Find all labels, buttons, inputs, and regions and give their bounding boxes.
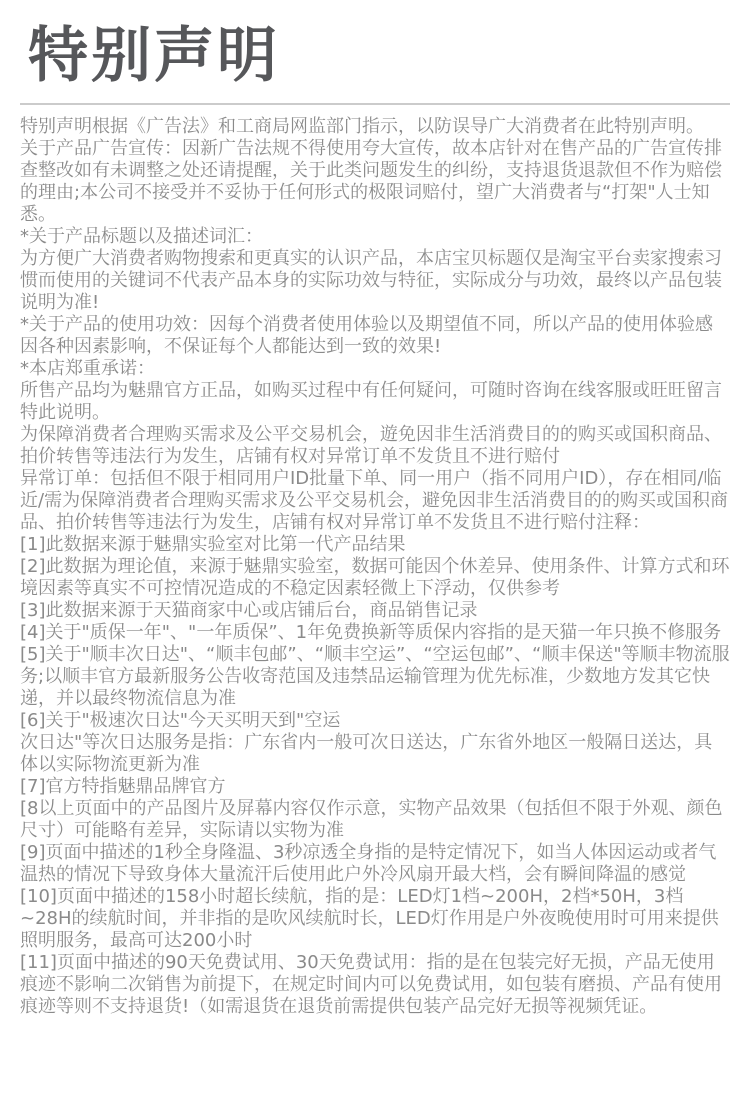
statement-paragraph: [4]关于"质保一年"、"一年质保”、1年免费换新等质保内容指的是天猫一年只换不…	[20, 622, 730, 644]
statement-paragraph: 所售产品均为魅鼎官方正品，如购买过程中有任何疑问，可随时咨询在线客服或旺旺留言特…	[20, 380, 730, 424]
statement-paragraph: *关于产品标题以及描述词汇：	[20, 226, 730, 248]
statement-paragraph: 关于产品广告宣传：因新广告法规不得使用夸大宣传，故本店针对在售产品的广告宣传排查…	[20, 138, 730, 226]
statement-paragraph: [3]此数据来源于天猫商家中心或店铺后台，商品销售记录	[20, 600, 730, 622]
statement-paragraph: [11]页面中描述的90天免费试用、30天免费试用：指的是在包装完好无损，产品无…	[20, 952, 730, 1018]
statement-paragraph: 为保障消费者合理购买需求及公平交易机会，遊免因非生活消费目的的购买或国积商品、拍…	[20, 424, 730, 468]
statement-paragraph: [8以上页面中的产品图片及屏幕内容仅作示意，实物产品效果（包括但不限于外观、颜色…	[20, 798, 730, 842]
statement-body: 特别声明根据《广告法》和工商局网监部门指示，以防误导广大消费者在此特别声明。关于…	[20, 116, 730, 1018]
statement-paragraph: [7]官方特指魅鼎品牌官方	[20, 776, 730, 798]
statement-paragraph: [9]页面中描述的1秒全身隆温、3秒凉透全身指的是特定情况下，如当人体因运动或者…	[20, 842, 730, 886]
statement-paragraph: 特别声明根据《广告法》和工商局网监部门指示，以防误导广大消费者在此特别声明。	[20, 116, 730, 138]
statement-paragraph: 异常订单：包括但不限于相同用户ID批量下单、同一用户（指不同用户ID），存在相同…	[20, 468, 730, 534]
statement-paragraph: [5]关于"顺丰次日达"、“顺丰包邮”、“顺丰空运”、“空运包邮”、“顺丰保送"…	[20, 644, 730, 710]
page-title: 特别声明	[28, 24, 750, 88]
statement-paragraph: 次日达"等次日达服务是指：广东省内一般可次日送达，广东省外地区一般隔日送达，具体…	[20, 732, 730, 776]
statement-paragraph: *本店郑重承诺：	[20, 358, 730, 380]
statement-paragraph: *关于产品的使用功效：因每个消费者使用体验以及期望值不同，所以产品的使用体验感因…	[20, 314, 730, 358]
special-statement-page: 特别声明 特别声明根据《广告法》和工商局网监部门指示，以防误导广大消费者在此特别…	[0, 0, 750, 1120]
statement-paragraph: [6]关于"极速次日达"今天买明天到"空运	[20, 710, 730, 732]
statement-paragraph: [2]此数据为理论值，来源于魅鼎实验室，数据可能因个休差异、使用条件、计算方式和…	[20, 556, 730, 600]
title-divider	[20, 103, 730, 105]
statement-paragraph: 为方便广大消费者购物搜索和更真实的认识产品，本店宝贝标题仅是淘宝平台卖家搜索习惯…	[20, 248, 730, 314]
statement-paragraph: [1]此数据来源于魅鼎实验室对比第一代产品结果	[20, 534, 730, 556]
statement-paragraph: [10]页面中描述的158小时超长续航，指的是：LED灯1档~200H，2档*5…	[20, 886, 730, 952]
